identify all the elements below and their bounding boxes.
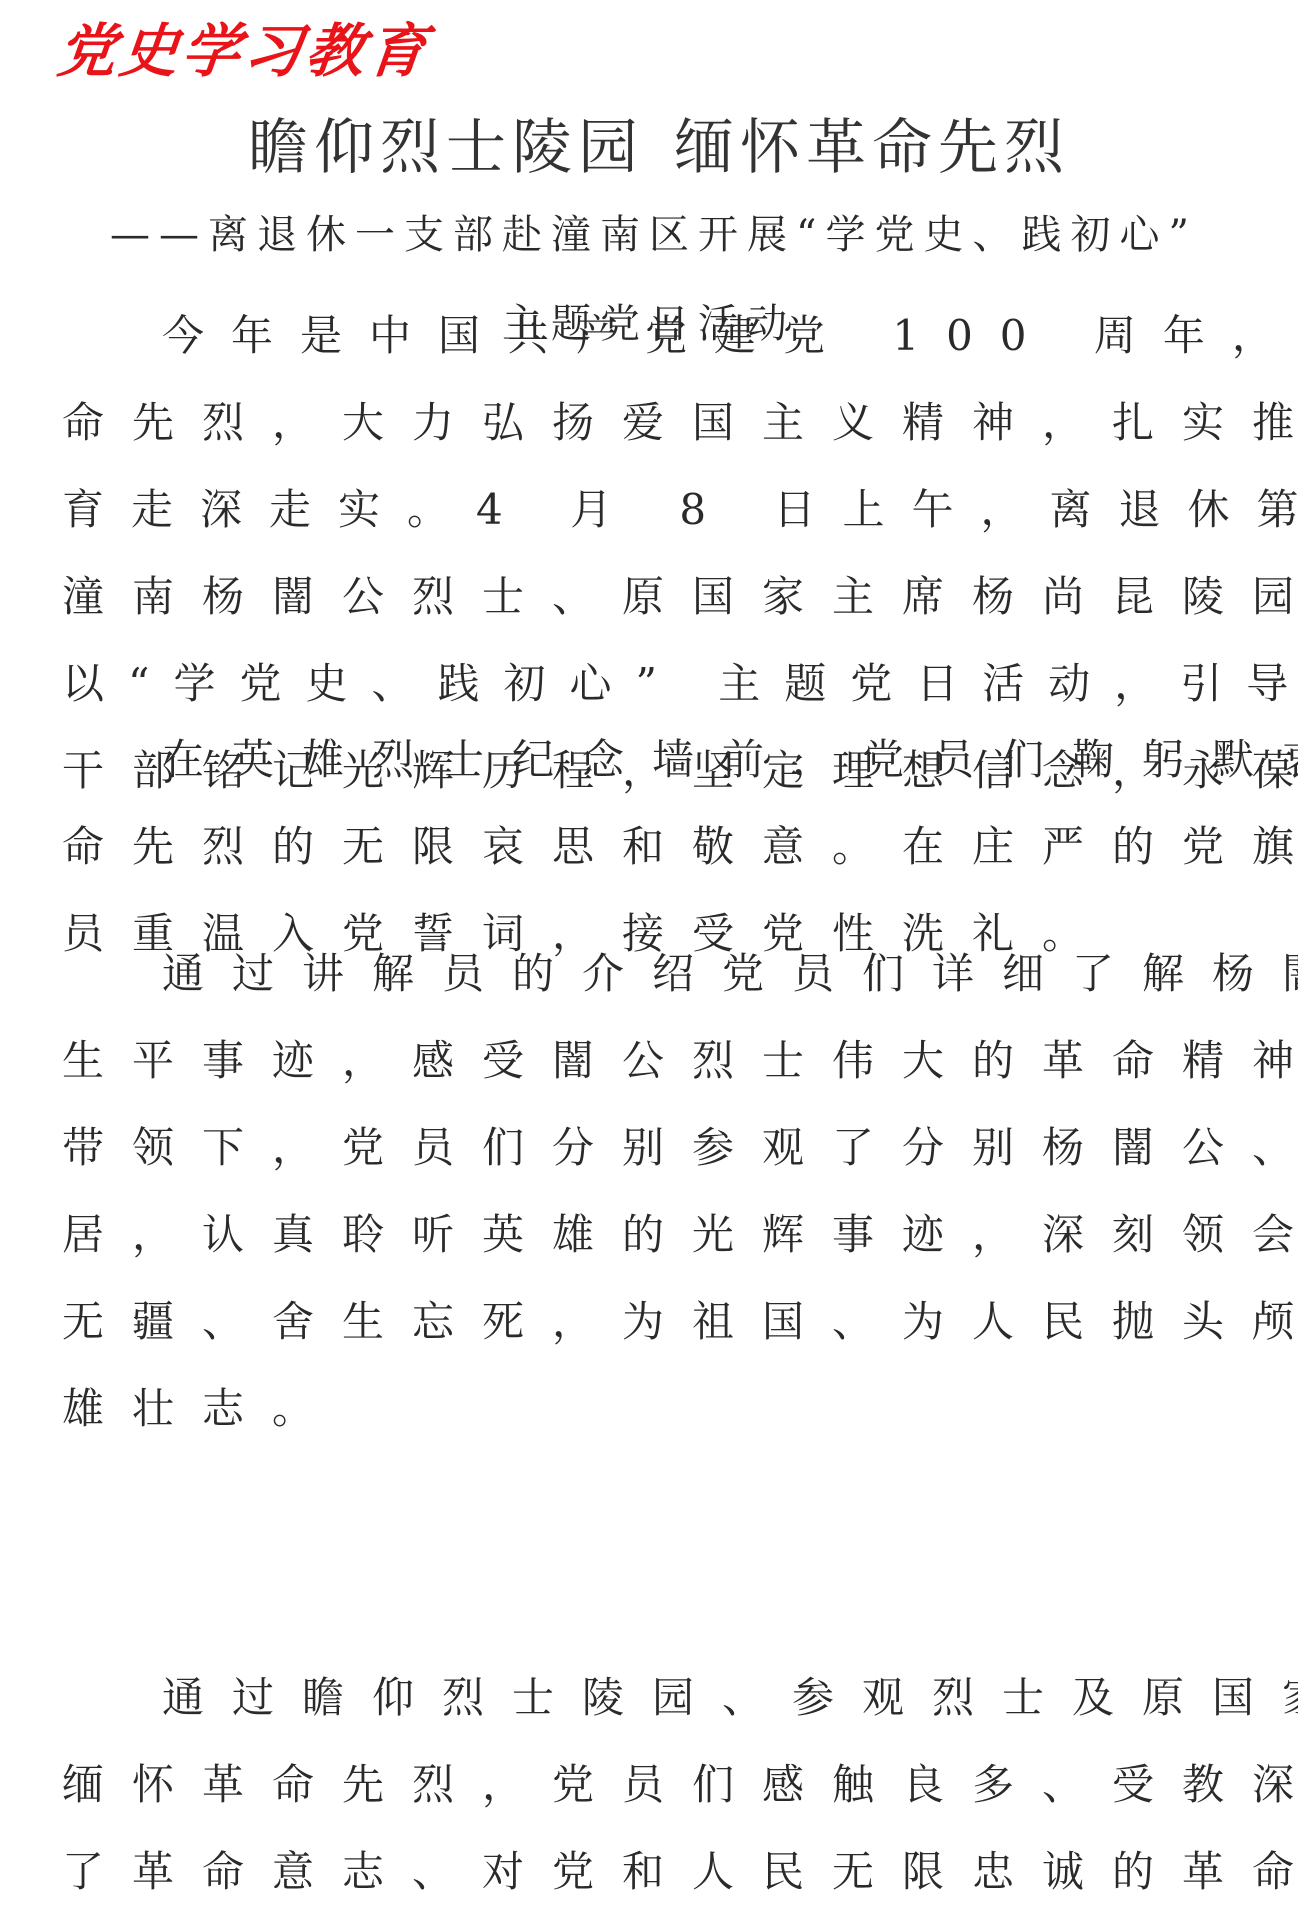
paragraph-line: 潼南杨闇公烈士、原国家主席杨尚昆陵园及旧居，开展 <box>62 553 1242 640</box>
paragraph-line: 育走深走实。4 月 8 日上午，离退休第一支部党员来到 <box>62 466 1242 553</box>
page-title: 瞻仰烈士陵园缅怀革命先烈 <box>0 118 1298 178</box>
subtitle-line-1: ——离退休一支部赴潼南区开展“学党史、践初心” <box>0 215 1298 255</box>
paragraph-line: 命先烈，大力弘扬爱国主义精神，扎实推进党史学习教 <box>62 379 1242 466</box>
paragraph-3: 通过讲解员的介绍党员们详细了解杨闇公烈士的 生平事迹，感受闇公烈士伟大的革命精神… <box>62 930 1242 1452</box>
paragraph-line: 在英雄烈士纪念墙前，党员们鞠躬默哀，表达对革 <box>62 716 1242 803</box>
paragraph-line: 无疆、舍生忘死，为祖国、为人民抛头颅、洒热血的英 <box>62 1278 1242 1365</box>
paragraph-line: 通过讲解员的介绍党员们详细了解杨闇公烈士的 <box>62 930 1242 1017</box>
paragraph-line: 今年是中国共产党建党 100 周年，为深切缅怀革 <box>62 292 1242 379</box>
document-page: 党史学习教育 瞻仰烈士陵园缅怀革命先烈 ——离退休一支部赴潼南区开展“学党史、践… <box>0 0 1298 1926</box>
paragraph-line: 通过瞻仰烈士陵园、参观烈士及原国家主席旧居 <box>62 1654 1242 1741</box>
paragraph-line: 以“学党史、践初心” 主题党日活动，引导退休党员 <box>62 640 1242 727</box>
paragraph-4: 通过瞻仰烈士陵园、参观烈士及原国家主席旧居 缅怀革命先烈，党员们感触良多、受教深… <box>62 1654 1242 1915</box>
banner-party-history-education: 党史学习教育 <box>55 22 433 80</box>
paragraph-line: 生平事迹，感受闇公烈士伟大的革命精神。在讲解员的 <box>62 1017 1242 1104</box>
title-part-1: 瞻仰烈士陵园 <box>248 113 644 183</box>
paragraph-line: 带领下，党员们分别参观了分别杨闇公、杨尚昆纪念旧 <box>62 1104 1242 1191</box>
paragraph-line: 命先烈的无限哀思和敬意。在庄严的党旗面前，全体党 <box>62 803 1242 890</box>
paragraph-line: 缅怀革命先烈，党员们感触良多、受教深刻，更加坚定 <box>62 1741 1242 1828</box>
title-part-2: 缅怀革命先烈 <box>674 113 1070 183</box>
paragraph-line: 居，认真聆听英雄的光辉事迹，深刻领会革命先烈大爱 <box>62 1191 1242 1278</box>
paragraph-line: 了革命意志、对党和人民无限忠诚的革命情怀。 <box>62 1828 1242 1915</box>
paragraph-line: 雄壮志。 <box>62 1365 1242 1452</box>
